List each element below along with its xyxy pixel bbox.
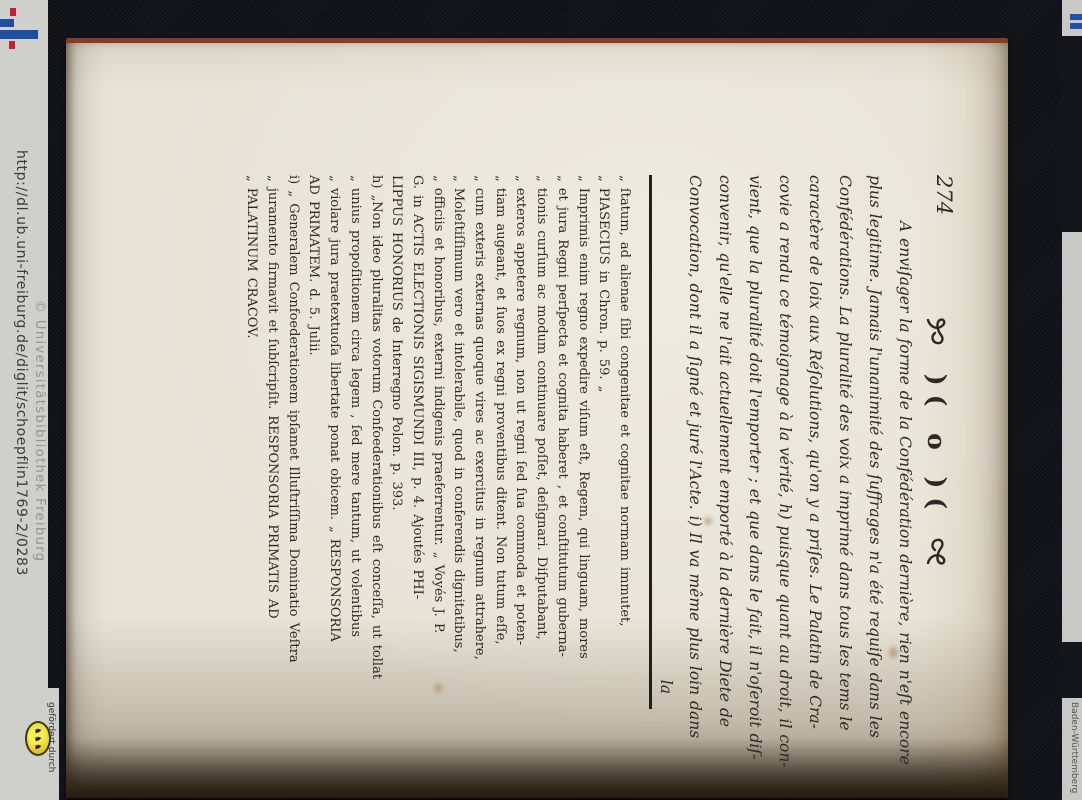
catchword: la: [656, 175, 676, 694]
right-strip-shadow: [1062, 642, 1082, 698]
footnote-line: „ exteros appetere regnum, non ut regni …: [509, 175, 530, 708]
right-strip-shadow: [1062, 36, 1082, 232]
uni-freiburg-logo-icon: [0, 30, 38, 39]
body-text-line: vient, que la pluralité doit l'emporter …: [740, 175, 770, 708]
uni-freiburg-logo-icon: [1070, 14, 1082, 20]
uni-freiburg-logo-icon: [10, 8, 16, 16]
source-url-label: http://dl.ub.uni-freiburg.de/diglit/scho…: [12, 150, 30, 576]
footnote-separator-rule: [649, 175, 652, 709]
footnote-line: „ tionis curſum ac modum continuare poſſ…: [530, 175, 551, 708]
footnote-line: „ ſtatum, ad alienae ſibi congenitae et …: [613, 175, 634, 708]
body-text-line: caractère de loix aux Réſolutions, qu'on…: [800, 175, 830, 708]
footnote-line: „ unius propoſitionem circa legem , ſed …: [344, 175, 365, 708]
library-scan-viewer: { "left_panel": { "url_text": "http://dl…: [0, 0, 1082, 800]
uni-freiburg-logo-icon: [1070, 23, 1082, 29]
body-text: A enviſager la forme de la Confédération…: [680, 175, 920, 708]
footnote-line: „ PALATINUM CRACOV.: [240, 175, 261, 708]
uni-freiburg-logo-icon: [9, 41, 15, 49]
body-text-line: convenir, qu'elle ne l'ait actuellement …: [710, 175, 740, 708]
funder-state-label: Baden-Württemberg: [1068, 702, 1080, 793]
foxing-spot: [889, 647, 898, 658]
footnote-line: G. in ACTIS ELECTIONIS SIGISMUNDI III, p…: [406, 175, 427, 708]
fleuron-right-icon: [924, 536, 950, 566]
footnote-line: „ et jura Regni perſpecta et cognita hab…: [551, 175, 572, 708]
baden-wuerttemberg-coat-of-arms-icon: ♞♞♞: [25, 721, 51, 756]
footnote-line: h) „Non ideo pluralitas votorum Confoede…: [364, 175, 385, 708]
footnote-line: „ Imprimis enim regno expedire viſum eſt…: [571, 175, 592, 708]
body-text-line: plus legitime. Jamais l'unanimité des ſu…: [860, 175, 890, 708]
footnote-line: „ PIASECIUS in Chron. p. 59. „: [592, 175, 613, 708]
footnote-line: AD PRIMATEM. d. 5. Julii.: [302, 175, 323, 708]
footnote-line: LIPPUS HONORIUS de Interregno Polon. p. …: [385, 175, 406, 708]
scanned-book-page: 274 )( o )( A enviſager la forme de la C…: [66, 38, 1008, 798]
footnote-line: „ cum exteris externas quoque vires ac e…: [468, 175, 489, 708]
footnote-line: „ violare jura praetextuoſa libertate po…: [323, 175, 344, 708]
foxing-spot: [435, 683, 442, 693]
body-text-line: covie a rendu ce témoignage à la vérité,…: [770, 175, 800, 708]
ornament-text: )( o )(: [922, 364, 951, 517]
body-text-line: Convocation, dont il a ſigné et juré l'A…: [680, 175, 710, 708]
footnote-line: „ juramento firmavit et ſubſcripſit. RES…: [261, 175, 282, 708]
body-text-line: Confédérations. La pluralité des voix a …: [830, 175, 860, 708]
footnotes-block: „ ſtatum, ad alienae ſibi congenitae et …: [240, 175, 633, 708]
footnote-line: i) „ Generalem Confoederationem ipſamet …: [282, 175, 303, 708]
copyright-label: © Universitätsbibliothek Freiburg: [30, 300, 48, 562]
foxing-spot: [704, 517, 712, 525]
footnote-line: „ Moleſtiſſimum vero et intolerabile, qu…: [447, 175, 468, 708]
footnote-line: „ officiis et honoribus, externi indigen…: [426, 175, 447, 708]
uni-freiburg-logo-icon: [0, 19, 14, 27]
fleuron-left-icon: [924, 316, 950, 346]
body-text-line: A enviſager la forme de la Confédération…: [890, 175, 920, 708]
footnote-line: „ tiam augeant, et ſuos ex regni provent…: [489, 175, 510, 708]
